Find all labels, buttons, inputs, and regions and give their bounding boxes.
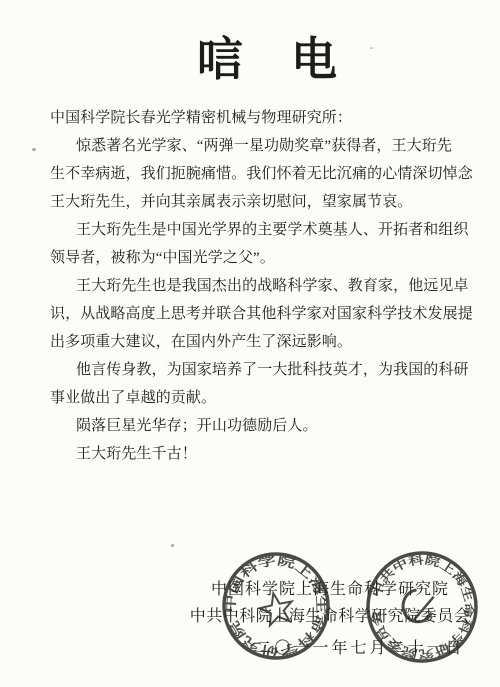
telegram-page: 唁 电 中国科学院长春光学精密机械与物理研究所：惊悉著名光学家、“两弹一星功勋奖…: [0, 0, 500, 687]
star-icon: [257, 590, 295, 627]
body-line: 识，从战略高度上思考并联合其他科学家对国家科学技术发展提: [50, 300, 480, 328]
svg-text:中共中科院上海生命科学研究院委员会: 中共中科院上海生命科学研究院委员会: [360, 545, 485, 670]
svg-text:中国科学院上海生命科学研究院: 中国科学院上海生命科学研究院: [213, 543, 340, 670]
right-official-seal: 中共中科院上海生命科学研究院委员会: [356, 541, 489, 674]
body-line: 生不幸病逝，我们扼腕痛惜。我们怀着无比沉痛的心情深切悼念: [50, 160, 480, 188]
body-text: 中国科学院长春光学精密机械与物理研究所：惊悉著名光学家、“两弹一星功勋奖章”获得…: [50, 104, 480, 468]
scan-speck: [171, 544, 174, 547]
scan-speck: [370, 47, 373, 49]
left-seal-rim-text: 中国科学院上海生命科学研究院: [213, 543, 340, 670]
hammer-sickle-icon: [401, 588, 435, 624]
body-line: 王大珩先生，并向其亲属表示亲切慰问，望家属节哀。: [50, 188, 480, 216]
body-line: 陨落巨星光华存；开山功德励后人。: [50, 412, 480, 440]
document-title: 唁 电: [197, 34, 338, 86]
body-line: 领导者，被称为“中国光学之父”。: [50, 244, 480, 272]
right-seal-rim-text: 中共中科院上海生命科学研究院委员会: [360, 545, 485, 670]
body-line: 惊悉著名光学家、“两弹一星功勋奖章”获得者，王大珩先: [50, 132, 480, 160]
body-line: 他言传身教，为国家培养了一大批科技英才，为我国的科研: [50, 356, 480, 384]
body-line: 出多项重大建议，在国内外产生了深远影响。: [50, 328, 480, 356]
body-line: 王大珩先生也是我国杰出的战略科学家、教育家，他远见卓: [50, 272, 480, 300]
body-line: 中国科学院长春光学精密机械与物理研究所：: [50, 104, 480, 132]
scan-speck: [32, 148, 36, 151]
body-line: 事业做出了卓越的贡献。: [50, 384, 480, 412]
body-line: 王大珩先生是中国光学界的主要学术奠基人、开拓者和组织: [50, 216, 480, 244]
body-line: 王大珩先生千古！: [50, 440, 480, 468]
left-official-seal: 中国科学院上海生命科学研究院: [210, 540, 343, 673]
